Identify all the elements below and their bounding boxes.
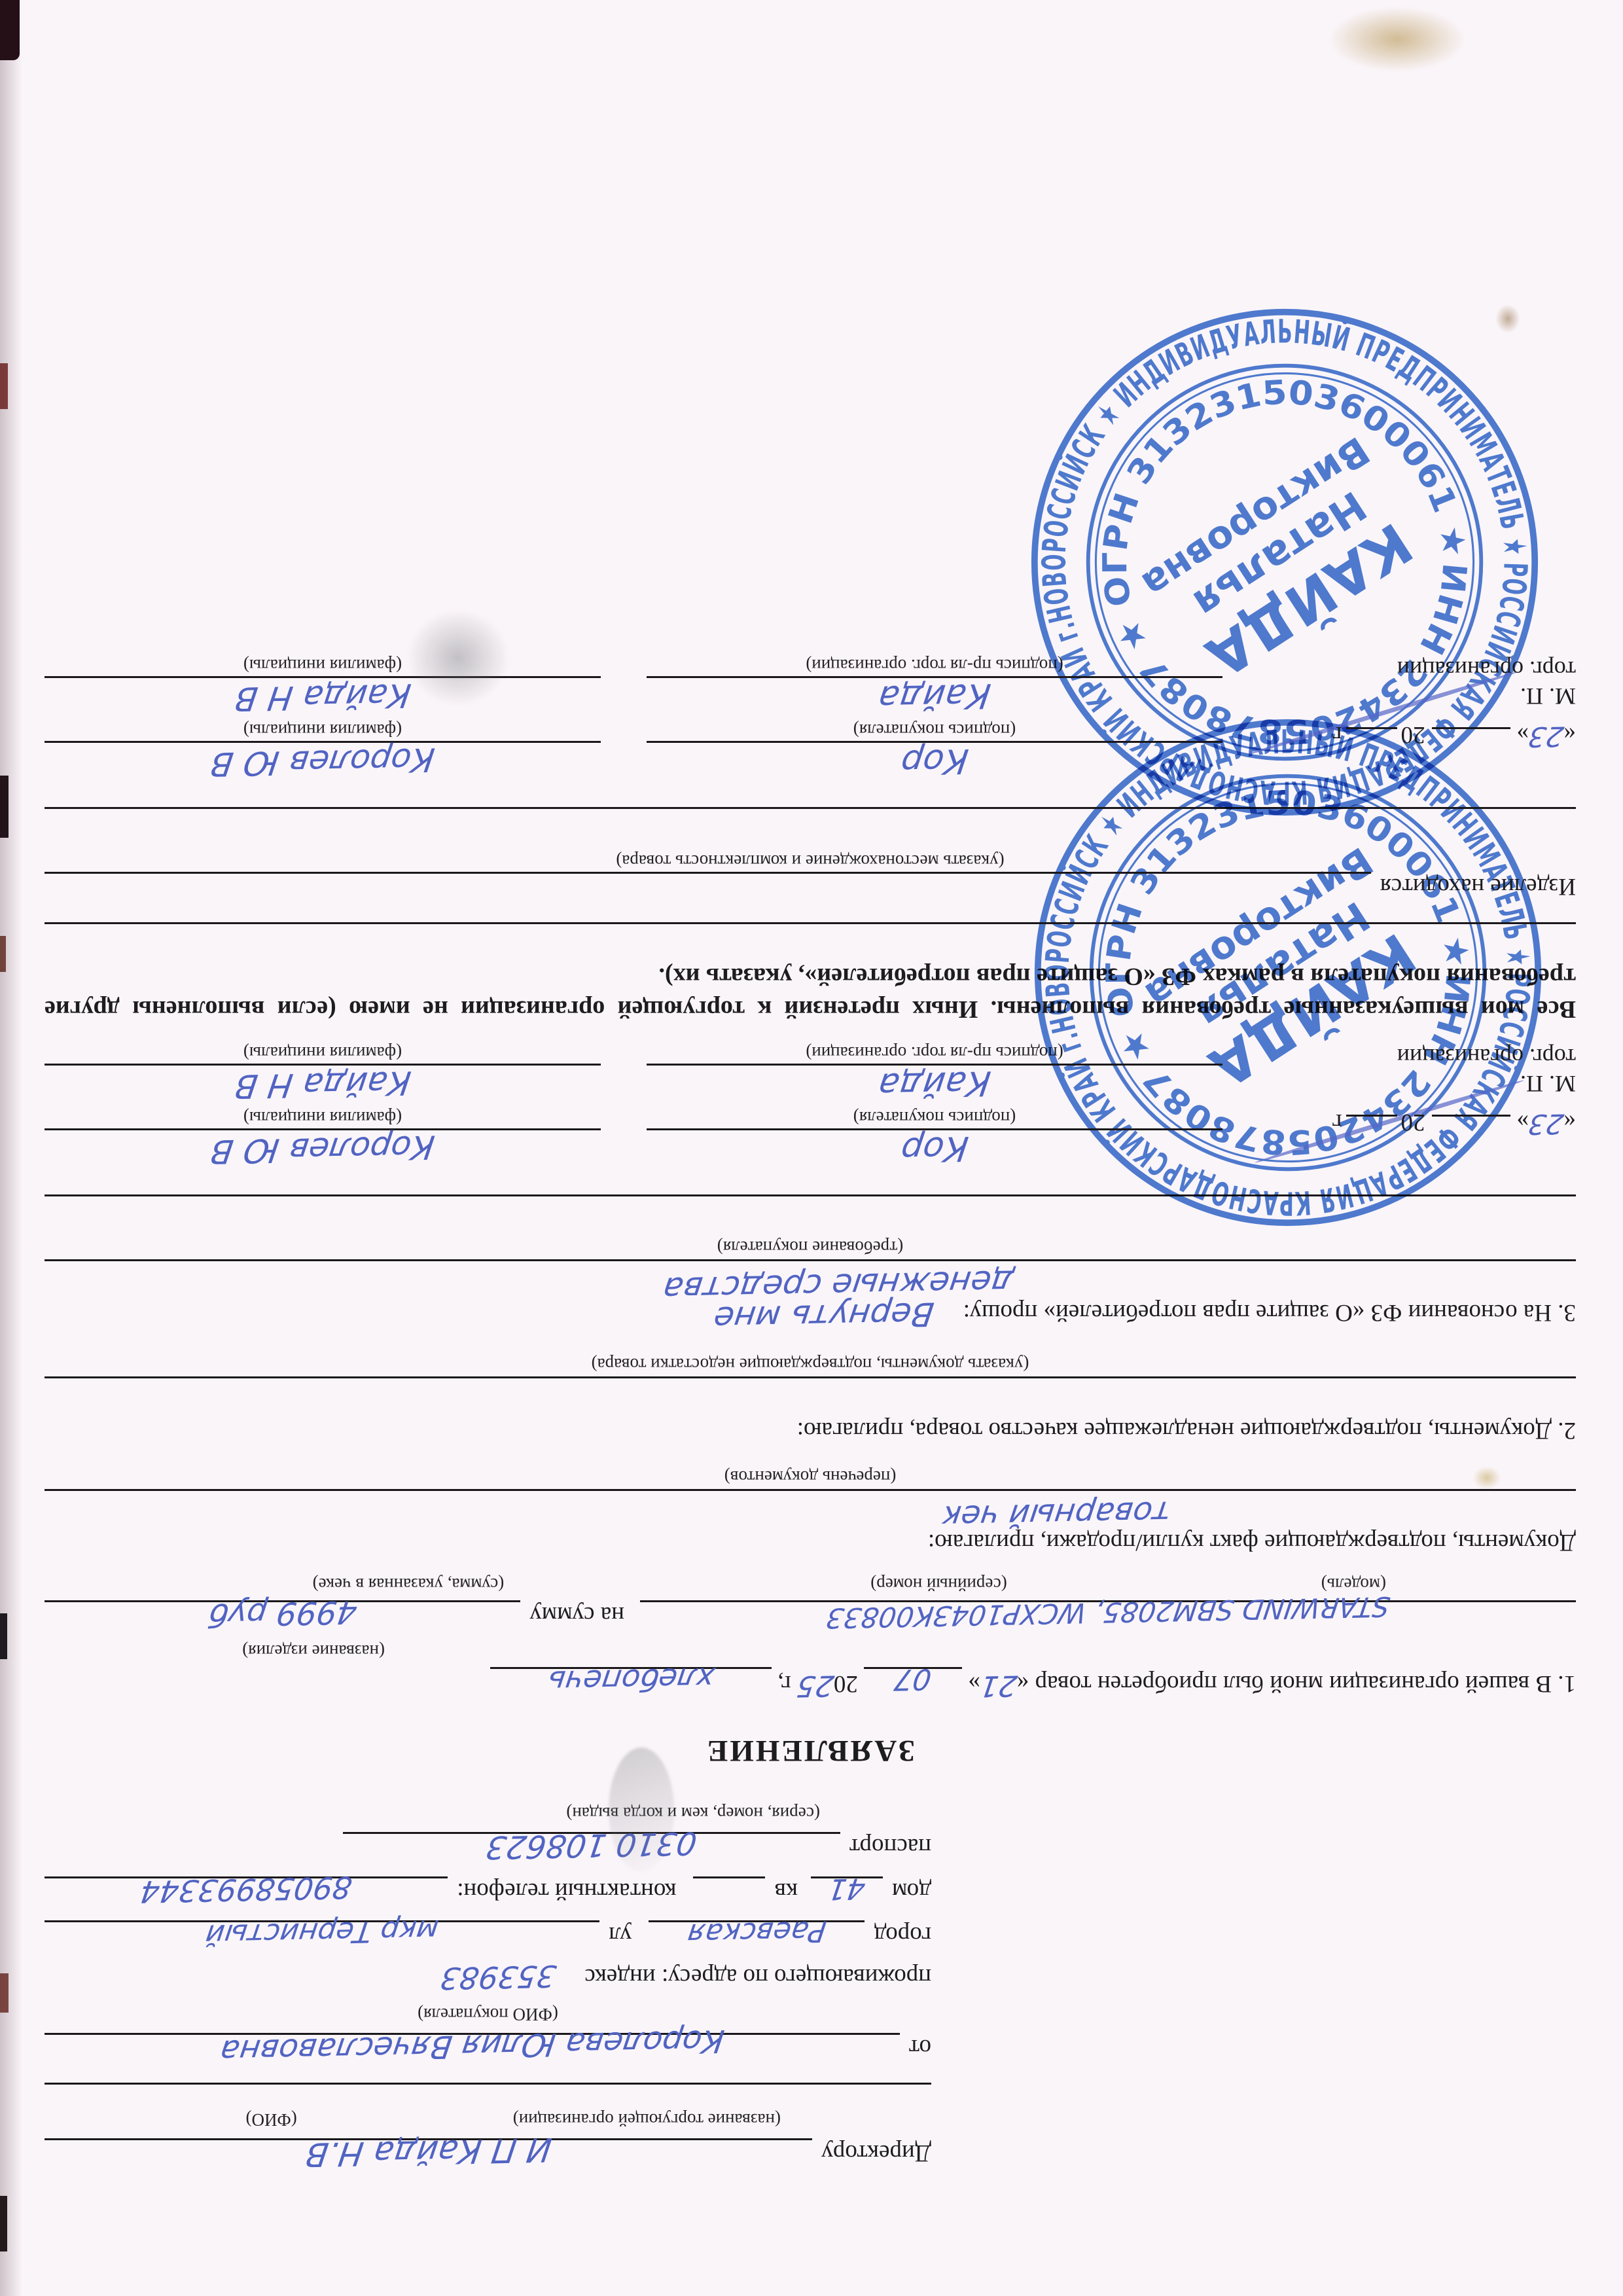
buy-day-handwriting: 21 [978,1670,1019,1700]
from-line: Королева Юлия Вячеславовна [45,2033,900,2068]
signature-block-middle: РОССИЙСКАЯ ФЕДЕРАЦИЯ КРАСНОДАРСКИЙ КРАЙ … [45,1043,1576,1165]
from-label: от [900,2033,931,2062]
passport-handwriting: 0310 108623 [484,1827,699,1863]
buyer-family: Королев Ю В [209,1130,437,1168]
located-line [45,872,1371,903]
scanned-claim-form: Директору И П Кайда Н.В (название торгую… [0,0,1623,2296]
model-serial-handwriting: STARWIND SBM2085, WCXP104ЗК00833 [825,1592,1392,1632]
stamp-name2: Наталья [1185,482,1375,628]
date2-day-handwriting: 23 [1527,723,1565,751]
street-handwriting: мкр Тернистый [204,1916,440,1949]
buy-year-handwriting: 25 [795,1670,836,1700]
phone-line: 89058993344 [45,1876,448,1911]
house-handwriting: 41 [827,1874,867,1903]
q: « [1564,1109,1577,1136]
year-suffix: г, [777,1670,791,1697]
docs-list-line: товарный чек [45,1489,1576,1521]
buy-month-line: 07 [864,1667,962,1700]
phone-handwriting: 89058993344 [138,1873,353,1907]
date-cell: «23»20г [1222,1107,1576,1143]
apt-line [694,1876,766,1907]
org-signature: Кайда [876,1066,993,1102]
buyer-family-line: Королев Ю В [45,1128,601,1166]
buyer-signature: Кор [899,1131,970,1166]
org-signature-line: Кайда [647,676,1222,713]
buyer-signature-hint: (подпись покупателя) [647,720,1222,740]
docs-handwriting: товарный чек [940,1497,1173,1533]
org-family-hint: (фамилия инициалы) [45,655,601,675]
mp-cell: М. П. торг. организации [1222,1043,1576,1102]
blank-line-after-located [45,807,1576,839]
docs-fact-text: Документы, подтверждающие факт купли/про… [45,1528,1576,1557]
model-serial-line: STARWIND SBM2085, WCXP104ЗК00833 [640,1600,1576,1632]
claim-hint: (требование покупателя) [717,1237,903,1257]
passport-line: 0310 108623 [343,1832,840,1867]
date1-month-line [1432,1115,1510,1143]
org-family-line: Кайда Н В [45,676,601,713]
house-label: дом [883,1876,931,1906]
city-line: Раевская [649,1920,865,1953]
item2-line [45,1376,1576,1408]
q: « [1564,721,1577,748]
blank-line-after-final [45,922,1576,954]
sum-handwriting: 4999 руб [206,1596,359,1631]
buyer-family-line: Королев Ю В [45,741,601,778]
claim-line: денежные средства [45,1259,1576,1291]
director-fio-line [45,2083,931,2098]
buyer-signature-line: Кор [647,1128,1222,1166]
org-signature: Кайда [876,678,993,715]
date2-year-line [1346,727,1397,755]
apt-label: кв [766,1876,811,1906]
from-hint: (ФИО покупателя) [418,2004,558,2024]
fio-hint: (ФИО) [245,2109,296,2129]
signature-block-final: РОССИЙСКАЯ ФЕДЕРАЦИЯ КРАСНОДАРСКИЙ КРАЙ … [45,655,1576,778]
serial-hint: (серийный номер) [870,1574,1007,1594]
org-name-hint: (название торгующей организации) [513,2109,781,2129]
org-signature-line: Кайда [647,1064,1222,1101]
date-cell: «23»20г [1222,720,1576,755]
to-label: Директору [812,2138,931,2168]
date1-year-line [1346,1115,1397,1143]
docs-list-hint: (перечень документов) [724,1467,897,1487]
city-label: город [865,1920,931,1950]
sum-hint: (сумма, указанная в чеке) [313,1574,505,1594]
claim2-handwriting: денежные средства [661,1265,1016,1305]
located-label: Изделие находится [1371,872,1576,901]
street-label: ул [599,1920,649,1950]
blank-line-after-claim [45,1194,1576,1227]
org-signature-hint: (подпись пр-ля торг. организации) [647,655,1222,675]
passport-hint: (серия, номер, кем и когда выдан) [566,1803,820,1823]
buyer-signature-line: Кор [647,741,1222,778]
quote-close: » [968,1670,980,1697]
mp-label: М. П. [1222,683,1576,709]
item3-text: 3. На основании ФЗ «О защите прав потреб… [963,1299,1576,1326]
buyer-signature-hint: (подпись покупателя) [647,1107,1222,1127]
sum-label: на сумму [520,1600,640,1630]
located-hint: (указать местонахождение и комплектность… [616,851,1004,870]
org-family: Кайда Н В [232,679,412,715]
final-paragraph: Все мои вышеуказанные требования выполне… [45,960,1576,1026]
address-label: проживающего по адресу: индекс [575,1962,931,1992]
house-line: 41 [811,1876,883,1909]
street-line: мкр Тернистый [45,1920,599,1953]
year-prefix: 20 [834,1670,858,1697]
from-handwriting: Королева Юлия Вячеславовна [218,2025,726,2067]
mp-label: М. П. [1222,1070,1576,1097]
buyer-family-hint: (фамилия инициалы) [45,720,601,740]
org-family-hint: (фамилия инициалы) [45,1043,601,1062]
product-line: хлебопечь [490,1667,772,1702]
mp-sub: торг. организации [1222,655,1576,682]
sum-line: 4999 руб [45,1600,520,1636]
buyer-family: Королев Ю В [209,743,437,780]
item1-text: 1. В вашей организации мной был приобрет… [1035,1670,1576,1697]
header-block: Директору И П Кайда Н.В (название торгую… [45,1803,931,2175]
mp-cell: М. П. торг. организации [1222,655,1576,715]
y20: 20 [1401,721,1425,748]
org-signature-hint: (подпись пр-ля торг. организации) [647,1043,1222,1062]
date1-day-handwriting: 23 [1527,1110,1565,1138]
quote-open: « [1017,1670,1029,1697]
paper-sheet: Директору И П Кайда Н.В (название торгую… [0,0,1623,2296]
stamp-name3: Викторовна [1134,428,1377,607]
date2-month-line [1432,727,1510,755]
passport-label: паспорт [840,1832,931,1861]
buyer-signature: Кор [899,744,970,779]
buy-month-handwriting: 07 [893,1664,933,1693]
product-handwriting: хлебопечь [545,1663,716,1696]
g: г [1332,1109,1342,1136]
org-name-line: И П Кайда Н.В [45,2138,812,2175]
item-name-hint: (название изделия) [242,1641,385,1660]
mp-sub: торг. организации [1222,1043,1576,1069]
item2-hint: (указать документы, подтверждающие недос… [592,1355,1029,1374]
y20: 20 [1401,1109,1425,1136]
city-handwriting: Раевская [686,1916,828,1948]
org-family-line: Кайда Н В [45,1064,601,1101]
postcode-handwriting: 353983 [438,1962,558,1994]
page-title: ЗАЯВЛЕНИЕ [45,1732,1576,1769]
phone-label: контактный телефон: [448,1876,693,1906]
item2-text: 2. Документы, подтверждающие ненадлежаще… [45,1415,1576,1444]
buyer-family-hint: (фамилия инициалы) [45,1107,601,1127]
org-family: Кайда Н В [232,1066,412,1103]
g: г [1332,721,1342,748]
org-name-handwriting: И П Кайда Н.В [303,2133,553,2171]
